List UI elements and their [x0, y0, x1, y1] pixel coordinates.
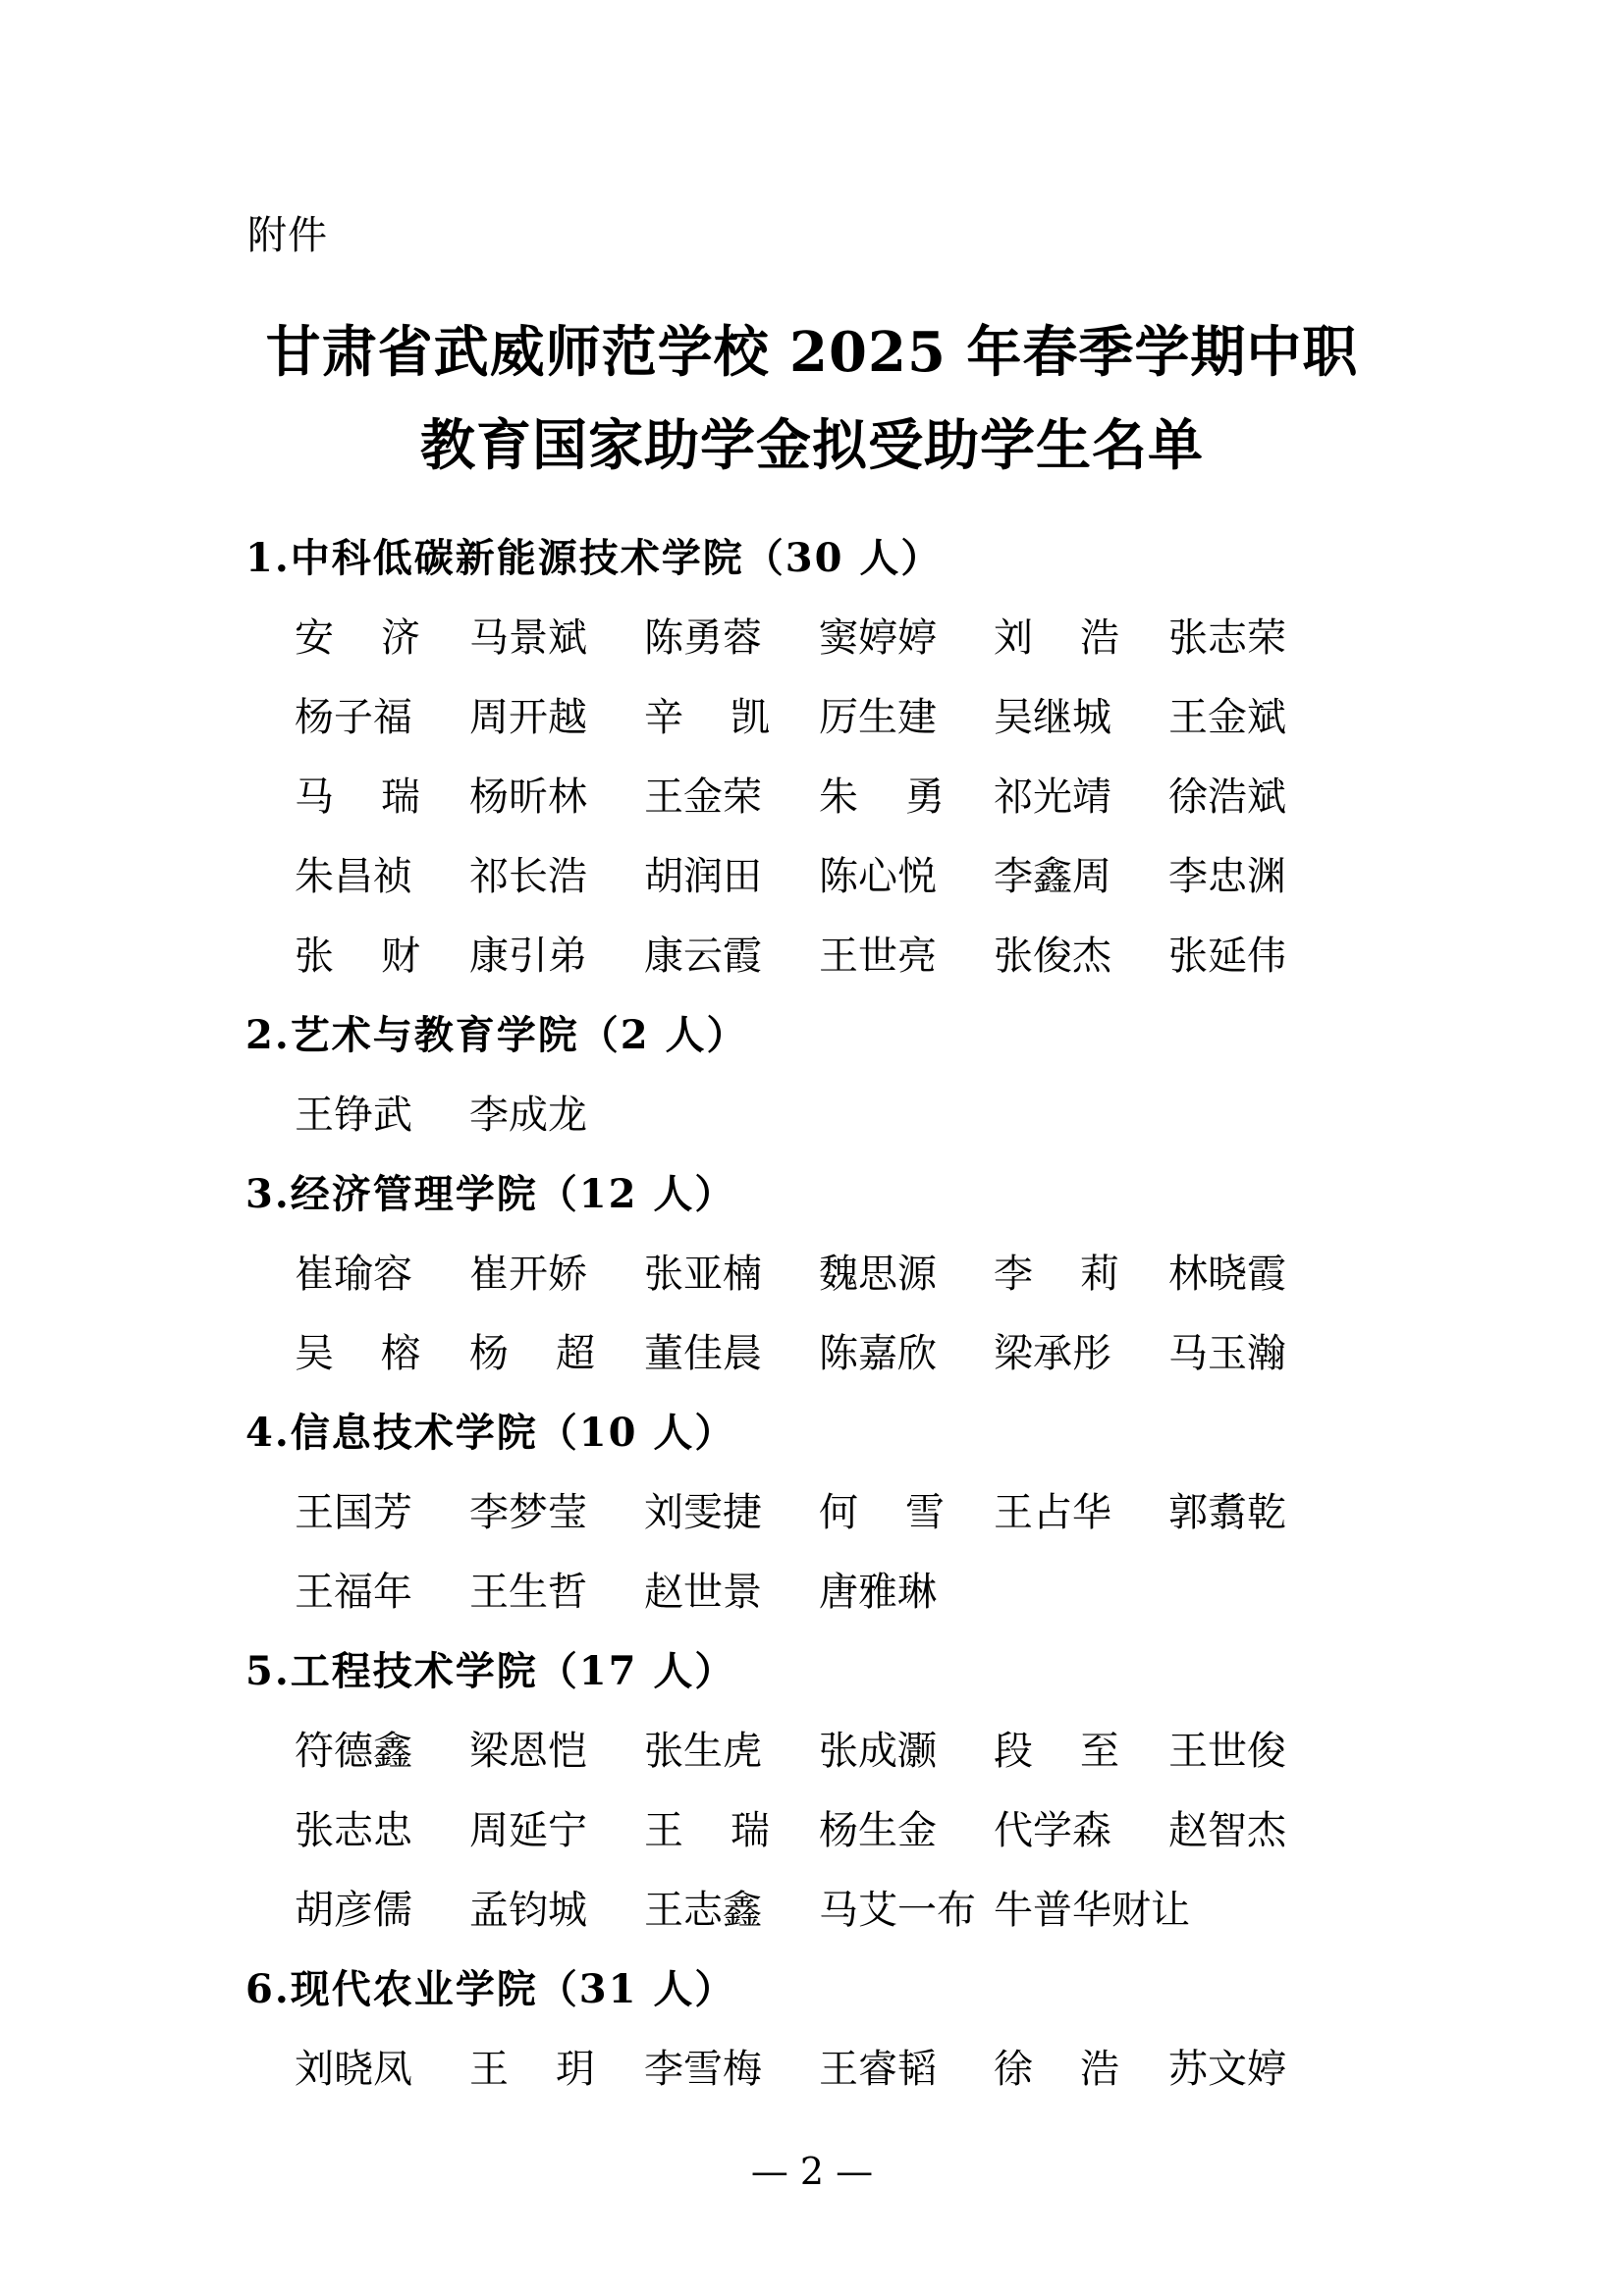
student-name: 杨生金 [819, 1807, 994, 1856]
section-name: 中科低碳新能源技术学院 [291, 535, 744, 581]
student-name: 王占华 [994, 1489, 1168, 1538]
student-name: 崔瑜容 [295, 1251, 469, 1300]
student-name: 牛普华财让 [994, 1887, 1168, 1936]
document-title-line-2: 教育国家助学金拟受助学生名单 [0, 414, 1624, 477]
section-heading-3: 3.经济管理学院（12 人） [245, 1171, 735, 1218]
name-row: 崔瑜容 崔开娇 张亚楠 魏思源 李莉 林晓霞 [295, 1251, 1343, 1300]
student-name: 厉生建 [819, 694, 994, 743]
student-name: 林晓霞 [1168, 1251, 1343, 1300]
student-name: 朱勇 [819, 774, 945, 823]
document-title-line-1: 甘肃省武威师范学校 2025 年春季学期中职 [0, 321, 1624, 384]
student-name: 张延伟 [1168, 933, 1343, 982]
student-name: 张志忠 [295, 1807, 469, 1856]
section-name: 现代农业学院 [291, 1966, 538, 2012]
student-name: 马瑞 [295, 774, 420, 823]
section-index: 2. [245, 1012, 291, 1058]
student-name: 张成灏 [819, 1728, 994, 1777]
student-name: 刘晓凤 [295, 2046, 469, 2095]
section-name: 经济管理学院 [291, 1171, 538, 1217]
student-name: 王铮武 [295, 1092, 469, 1141]
section-name: 工程技术学院 [291, 1648, 538, 1694]
student-name: 唐雅琳 [819, 1569, 994, 1618]
student-name: 吴继城 [994, 694, 1168, 743]
section-heading-6: 6.现代农业学院（31 人） [245, 1966, 735, 2013]
name-row: 杨子福 周开越 辛凯 厉生建 吴继城 王金斌 [295, 694, 1343, 743]
student-name: 徐浩 [994, 2046, 1119, 2095]
student-name: 马景斌 [469, 614, 644, 664]
student-name: 杨昕林 [469, 774, 644, 823]
student-name: 张俊杰 [994, 933, 1168, 982]
student-name: 吴榕 [295, 1330, 420, 1379]
student-name: 王金荣 [644, 774, 819, 823]
student-name: 王志鑫 [644, 1887, 819, 1936]
student-name: 李成龙 [469, 1092, 644, 1141]
student-name: 徐浩斌 [1168, 774, 1343, 823]
section-count: （30 人） [744, 535, 943, 581]
student-name: 陈嘉欣 [819, 1330, 994, 1379]
section-name: 艺术与教育学院 [291, 1012, 579, 1058]
student-name: 胡彦儒 [295, 1887, 469, 1936]
student-name: 安济 [295, 614, 420, 664]
student-name: 李雪梅 [644, 2046, 819, 2095]
section-count: （12 人） [538, 1171, 736, 1217]
student-name: 王世俊 [1168, 1728, 1343, 1777]
student-name: 梁恩恺 [469, 1728, 644, 1777]
section-count: （10 人） [538, 1410, 736, 1456]
section-name: 信息技术学院 [291, 1410, 538, 1456]
student-name: 张财 [295, 933, 420, 982]
student-name: 王瑞 [644, 1807, 770, 1856]
student-name: 李梦莹 [469, 1489, 644, 1538]
student-name: 李忠渊 [1168, 853, 1343, 902]
name-row: 张财 康引弟 康云霞 王世亮 张俊杰 张延伟 [295, 933, 1343, 982]
name-row: 刘晓凤 王玥 李雪梅 王睿韬 徐浩 苏文婷 [295, 2046, 1343, 2095]
student-name: 康云霞 [644, 933, 819, 982]
student-name: 魏思源 [819, 1251, 994, 1300]
section-heading-5: 5.工程技术学院（17 人） [245, 1648, 735, 1695]
student-name: 杨子福 [295, 694, 469, 743]
student-name: 李鑫周 [994, 853, 1168, 902]
name-row: 王铮武 李成龙 [295, 1092, 644, 1141]
student-name: 康引弟 [469, 933, 644, 982]
student-name: 杨超 [469, 1330, 595, 1379]
student-name: 窦婷婷 [819, 614, 994, 664]
section-index: 6. [245, 1966, 291, 2012]
section-index: 1. [245, 535, 291, 581]
student-name: 刘浩 [994, 614, 1119, 664]
student-name: 张亚楠 [644, 1251, 819, 1300]
name-row: 张志忠 周延宁 王瑞 杨生金 代学森 赵智杰 [295, 1807, 1343, 1856]
student-name: 陈勇蓉 [644, 614, 819, 664]
student-name: 何雪 [819, 1489, 945, 1538]
student-name: 苏文婷 [1168, 2046, 1343, 2095]
student-name: 马艾一布 [819, 1887, 994, 1936]
section-index: 4. [245, 1410, 291, 1456]
page-number: — 2 — [0, 2150, 1624, 2193]
student-name: 王金斌 [1168, 694, 1343, 743]
name-row: 马瑞 杨昕林 王金荣 朱勇 祁光靖 徐浩斌 [295, 774, 1343, 823]
student-name: 周开越 [469, 694, 644, 743]
section-heading-4: 4.信息技术学院（10 人） [245, 1410, 735, 1457]
student-name: 李莉 [994, 1251, 1119, 1300]
section-count: （17 人） [538, 1648, 736, 1694]
student-name: 周延宁 [469, 1807, 644, 1856]
name-row: 胡彦儒 孟钧城 王志鑫 马艾一布 牛普华财让 [295, 1887, 1168, 1936]
student-name: 赵世景 [644, 1569, 819, 1618]
student-name: 朱昌祯 [295, 853, 469, 902]
student-name: 胡润田 [644, 853, 819, 902]
name-row: 王国芳 李梦莹 刘雯捷 何雪 王占华 郭翥乾 [295, 1489, 1343, 1538]
student-name: 马玉瀚 [1168, 1330, 1343, 1379]
name-row: 吴榕 杨超 董佳晨 陈嘉欣 梁承彤 马玉瀚 [295, 1330, 1343, 1379]
student-name: 王国芳 [295, 1489, 469, 1538]
name-row: 符德鑫 梁恩恺 张生虎 张成灏 段至 王世俊 [295, 1728, 1343, 1777]
student-name: 王睿韬 [819, 2046, 994, 2095]
student-name: 祁光靖 [994, 774, 1168, 823]
student-name: 孟钧城 [469, 1887, 644, 1936]
student-name: 段至 [994, 1728, 1119, 1777]
section-index: 5. [245, 1648, 291, 1694]
student-name: 王福年 [295, 1569, 469, 1618]
student-name: 赵智杰 [1168, 1807, 1343, 1856]
student-name: 代学森 [994, 1807, 1168, 1856]
name-row: 安济 马景斌 陈勇蓉 窦婷婷 刘浩 张志荣 [295, 614, 1343, 664]
student-name: 崔开娇 [469, 1251, 644, 1300]
student-name: 王玥 [469, 2046, 595, 2095]
attachment-label: 附件 [247, 212, 328, 259]
student-name: 梁承彤 [994, 1330, 1168, 1379]
section-heading-2: 2.艺术与教育学院（2 人） [245, 1012, 748, 1059]
student-name: 张生虎 [644, 1728, 819, 1777]
name-row: 朱昌祯 祁长浩 胡润田 陈心悦 李鑫周 李忠渊 [295, 853, 1343, 902]
student-name: 祁长浩 [469, 853, 644, 902]
student-name: 刘雯捷 [644, 1489, 819, 1538]
student-name: 符德鑫 [295, 1728, 469, 1777]
section-count: （2 人） [579, 1012, 748, 1058]
student-name: 王生哲 [469, 1569, 644, 1618]
section-index: 3. [245, 1171, 291, 1217]
document-page: 附件 甘肃省武威师范学校 2025 年春季学期中职 教育国家助学金拟受助学生名单… [0, 0, 1624, 2296]
student-name: 张志荣 [1168, 614, 1343, 664]
section-count: （31 人） [538, 1966, 736, 2012]
student-name: 董佳晨 [644, 1330, 819, 1379]
student-name: 辛凯 [644, 694, 770, 743]
student-name: 郭翥乾 [1168, 1489, 1343, 1538]
name-row: 王福年 王生哲 赵世景 唐雅琳 [295, 1569, 994, 1618]
student-name: 陈心悦 [819, 853, 994, 902]
section-heading-1: 1.中科低碳新能源技术学院（30 人） [245, 535, 942, 582]
student-name: 王世亮 [819, 933, 994, 982]
